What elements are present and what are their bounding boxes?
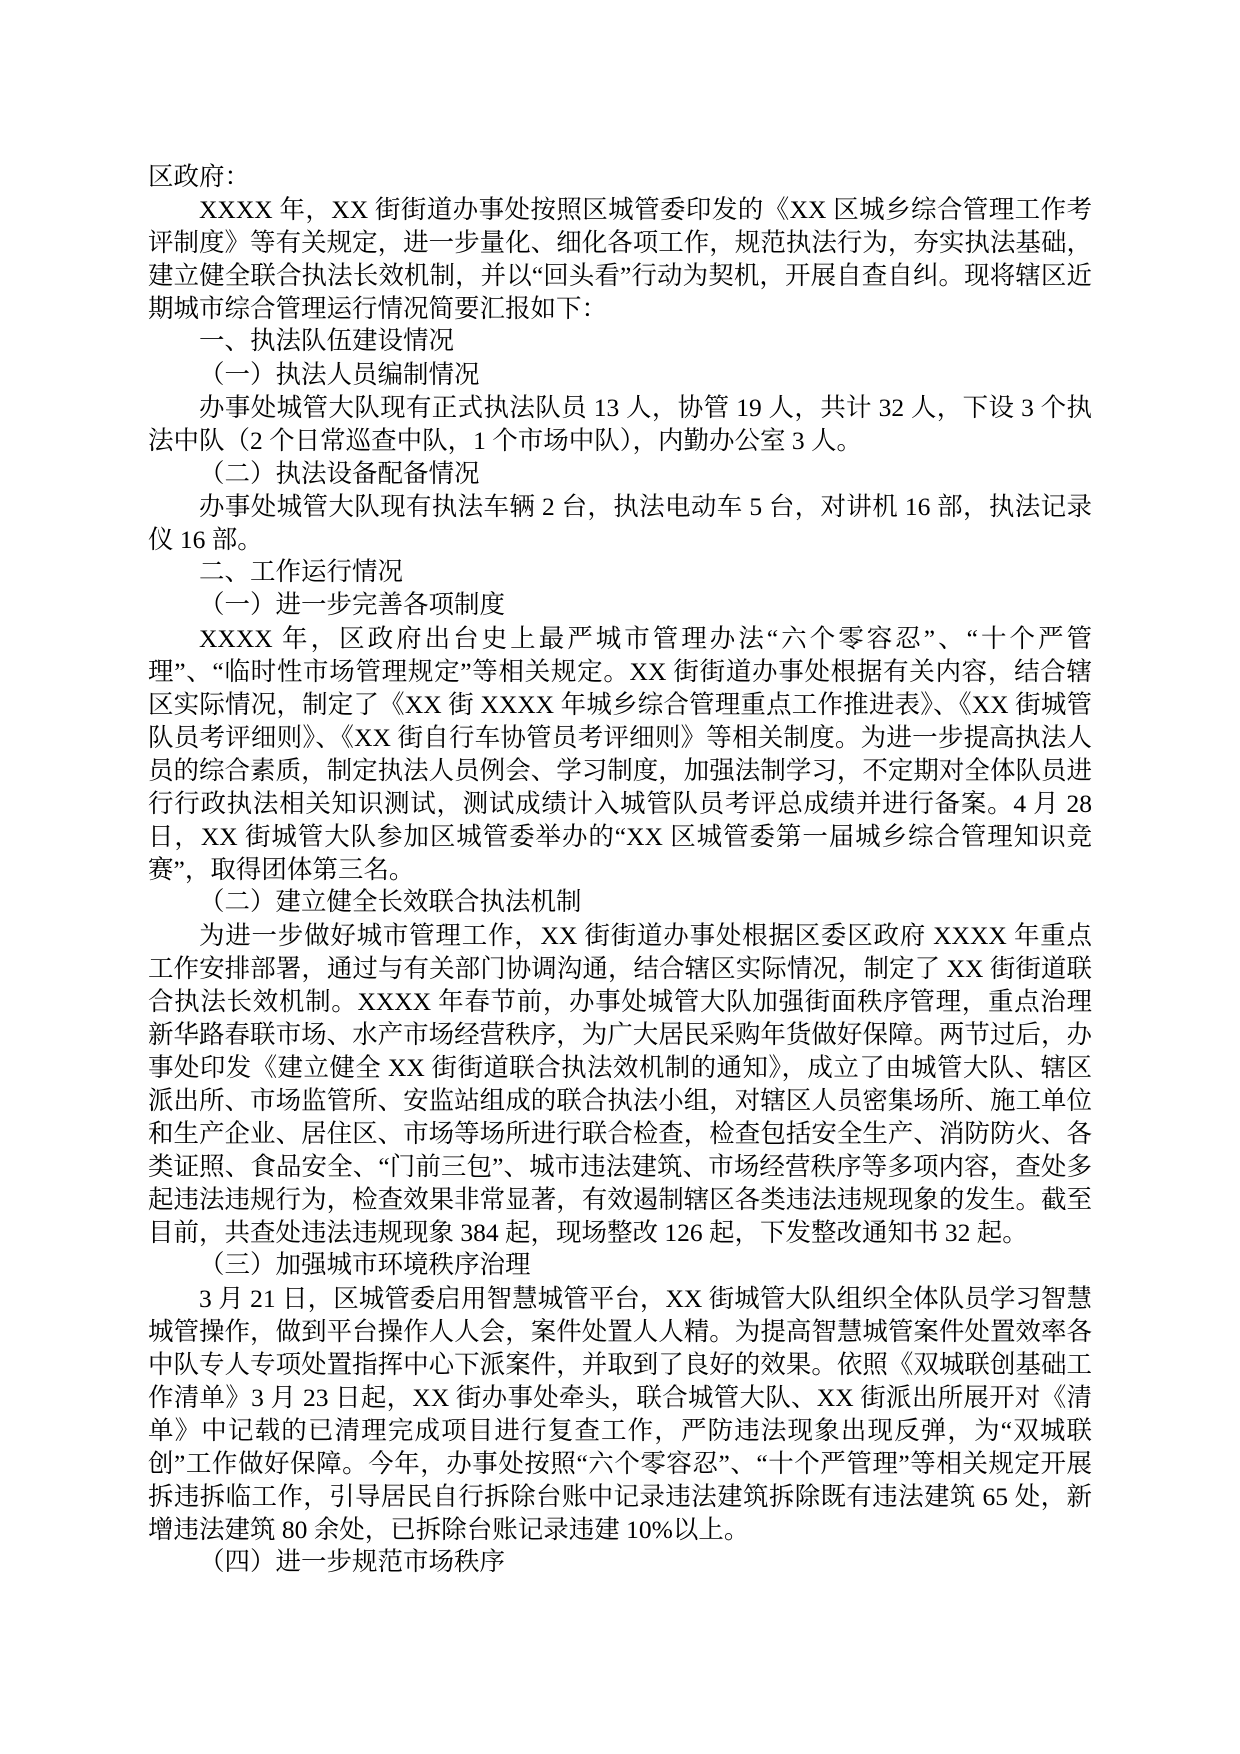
salutation-line: 区政府：	[148, 160, 1092, 193]
equipment-paragraph: 办事处城管大队现有执法车辆 2 台，执法电动车 5 台，对讲机 16 部，执法记…	[148, 490, 1092, 556]
section-2-sub-1-heading: （一）进一步完善各项制度	[148, 589, 1092, 622]
systems-paragraph: XXXX 年，区政府出台史上最严城市管理办法“六个零容忍”、“十个严管理”、“临…	[148, 622, 1092, 886]
section-2-heading: 二、工作运行情况	[148, 556, 1092, 589]
section-1-sub-1-heading: （一）执法人员编制情况	[148, 358, 1092, 391]
personnel-paragraph: 办事处城管大队现有正式执法队员 13 人，协管 19 人，共计 32 人，下设 …	[148, 391, 1092, 457]
section-2-sub-3-heading: （三）加强城市环境秩序治理	[148, 1249, 1092, 1282]
document-page: 区政府： XXXX 年，XX 街街道办事处按照区城管委印发的《XX 区城乡综合管…	[0, 0, 1240, 1754]
section-2-sub-4-heading: （四）进一步规范市场秩序	[148, 1546, 1092, 1579]
section-1-heading: 一、执法队伍建设情况	[148, 325, 1092, 358]
section-2-sub-2-heading: （二）建立健全长效联合执法机制	[148, 886, 1092, 919]
section-1-sub-2-heading: （二）执法设备配备情况	[148, 457, 1092, 490]
environment-order-paragraph: 3 月 21 日，区城管委启用智慧城管平台，XX 街城管大队组织全体队员学习智慧…	[148, 1282, 1092, 1546]
intro-paragraph: XXXX 年，XX 街街道办事处按照区城管委印发的《XX 区城乡综合管理工作考评…	[148, 193, 1092, 325]
joint-enforcement-paragraph: 为进一步做好城市管理工作，XX 街街道办事处根据区委区政府 XXXX 年重点工作…	[148, 919, 1092, 1249]
